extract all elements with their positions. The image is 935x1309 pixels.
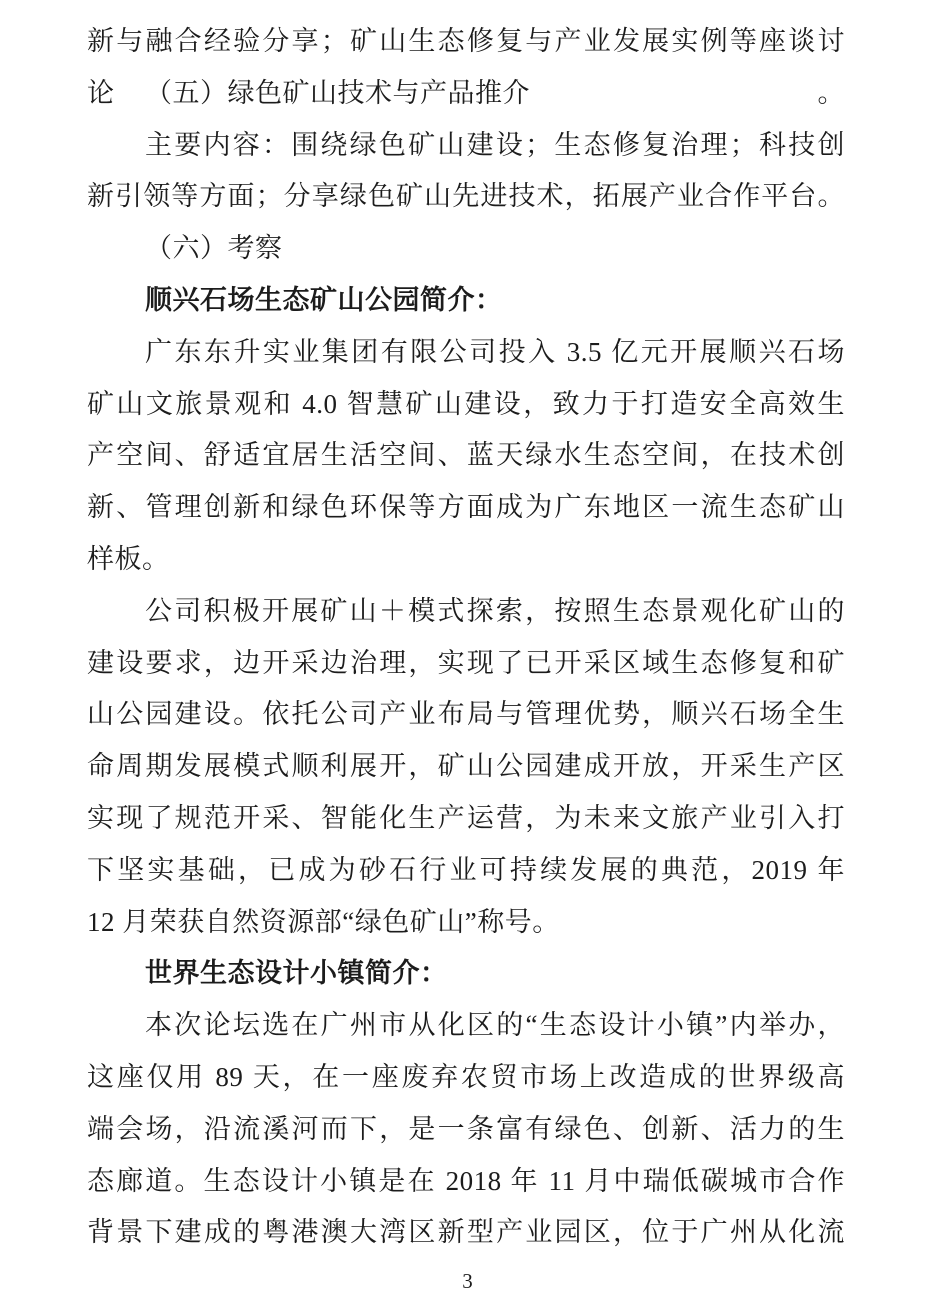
text-line: 端会场，沿流溪河而下，是一条富有绿色、创新、活力的生 (87, 1104, 845, 1156)
text-line: 态廊道。生态设计小镇是在 2018 年 11 月中瑞低碳城市合作 (87, 1156, 845, 1208)
text-line: 主要内容：围绕绿色矿山建设；生态修复治理；科技创 (87, 120, 845, 172)
text-line: 背景下建成的粤港澳大湾区新型产业园区，位于广州从化流 (87, 1207, 845, 1259)
text-line: 新与融合经验分享；矿山生态修复与产业发展实例等座谈讨论。 (87, 16, 845, 68)
page-number: 3 (462, 1269, 473, 1293)
text-line: 建设要求，边开采边治理，实现了已开采区域生态修复和矿 (87, 638, 845, 690)
text-line: 新、管理创新和绿色环保等方面成为广东地区一流生态矿山 (87, 482, 845, 534)
text-line: 新引领等方面；分享绿色矿山先进技术，拓展产业合作平台。 (87, 171, 845, 223)
text-line: 命周期发展模式顺利展开，矿山公园建成开放，开采生产区 (87, 741, 845, 793)
page-footer: 3 (0, 1266, 935, 1296)
bold-heading-line: 顺兴石场生态矿山公园简介： (87, 275, 845, 327)
text-line: 广东东升实业集团有限公司投入 3.5 亿元开展顺兴石场 (87, 327, 845, 379)
text-line: 山公园建设。依托公司产业布局与管理优势，顺兴石场全生 (87, 689, 845, 741)
text-line: 12 月荣获自然资源部“绿色矿山”称号。 (87, 897, 845, 949)
text-line: 本次论坛选在广州市从化区的“生态设计小镇”内举办， (87, 1000, 845, 1052)
text-line: （六）考察 (87, 223, 845, 275)
text-line: 样板。 (87, 534, 845, 586)
text-line: 矿山文旅景观和 4.0 智慧矿山建设，致力于打造安全高效生 (87, 379, 845, 431)
document-body: 新与融合经验分享；矿山生态修复与产业发展实例等座谈讨论。（五）绿色矿山技术与产品… (87, 16, 845, 1259)
text-line: 产空间、舒适宜居生活空间、蓝天绿水生态空间，在技术创 (87, 430, 845, 482)
document-page: 新与融合经验分享；矿山生态修复与产业发展实例等座谈讨论。（五）绿色矿山技术与产品… (0, 0, 935, 1309)
bold-heading-line: 世界生态设计小镇简介： (87, 948, 845, 1000)
text-line: 公司积极开展矿山＋模式探索，按照生态景观化矿山的 (87, 586, 845, 638)
text-line: 下坚实基础，已成为砂石行业可持续发展的典范，2019 年 (87, 845, 845, 897)
text-line: 实现了规范开采、智能化生产运营，为未来文旅产业引入打 (87, 793, 845, 845)
text-line: 这座仅用 89 天，在一座废弃农贸市场上改造成的世界级高 (87, 1052, 845, 1104)
